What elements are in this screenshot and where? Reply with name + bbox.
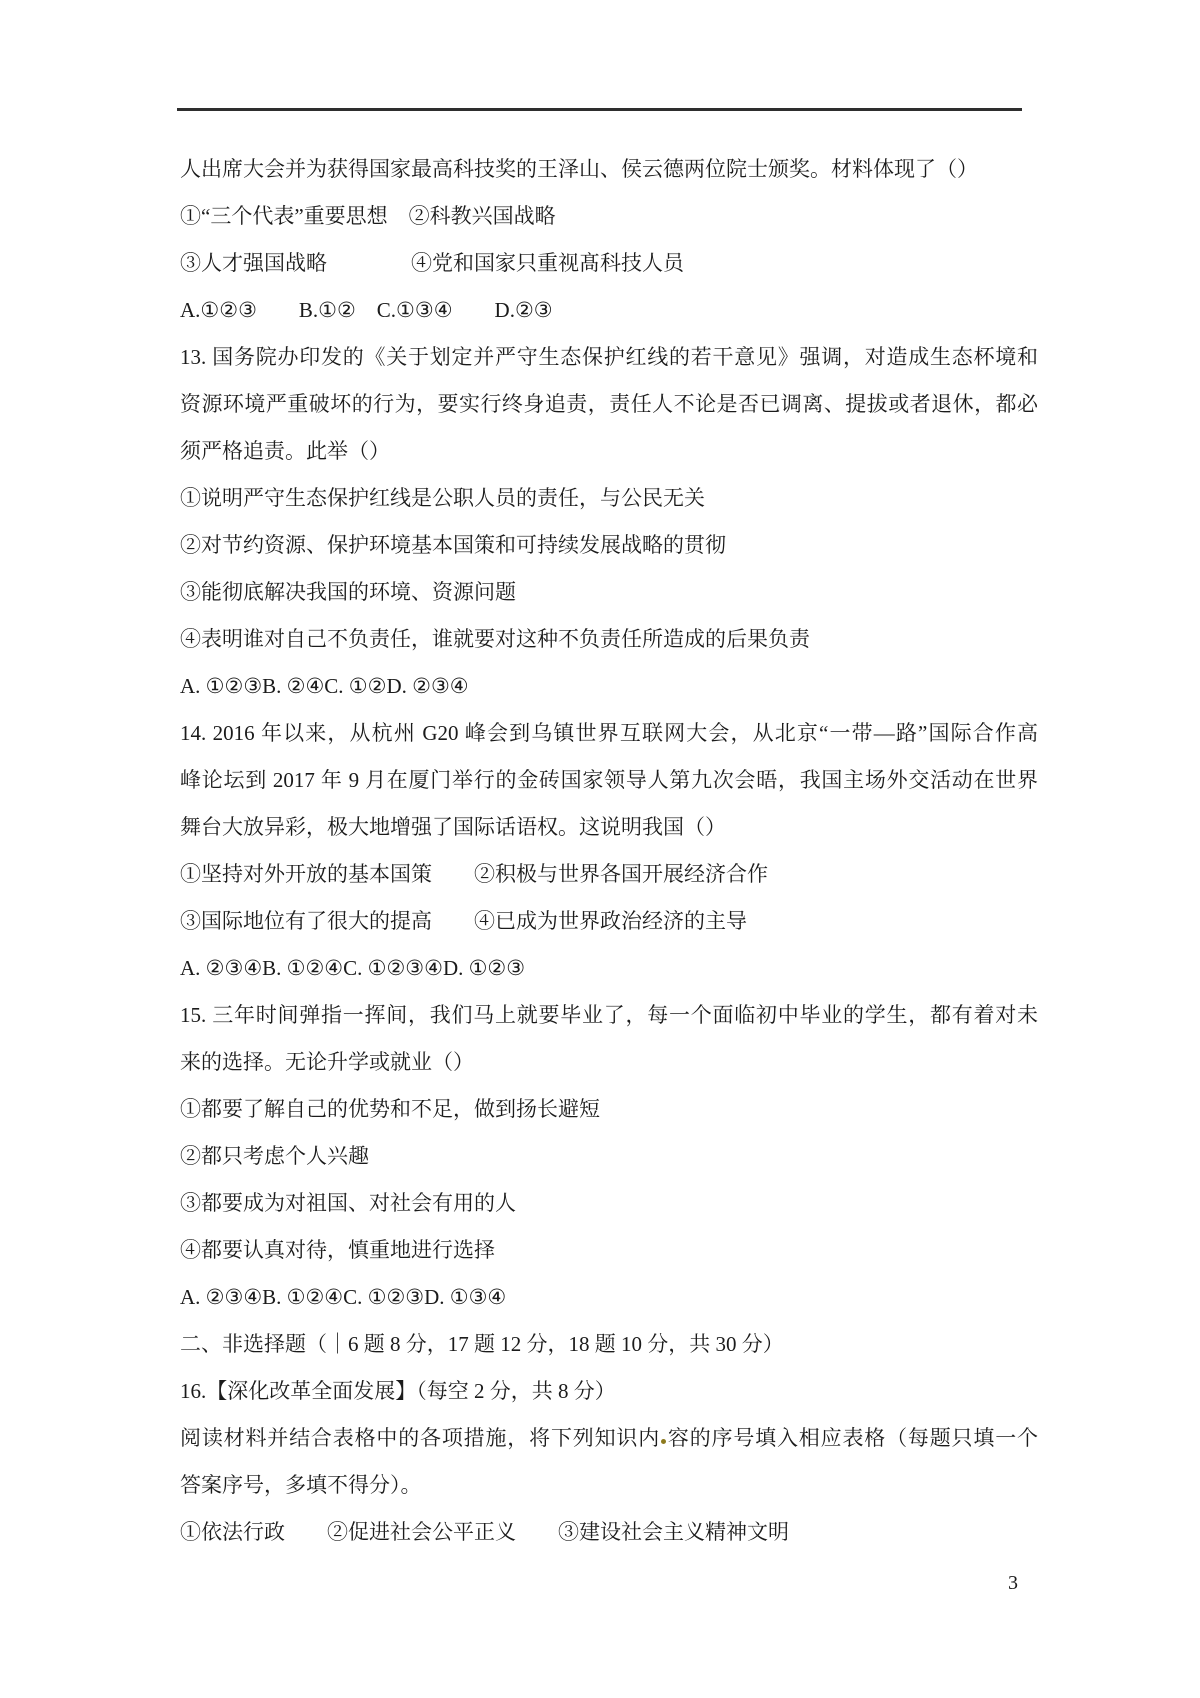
q13-answer-choices: A. ①②③B. ②④C. ①②D. ②③④ xyxy=(180,663,1038,710)
q15-stem-line-2: 来的选择。无论升学或就业（） xyxy=(180,1039,1038,1086)
q14-stem-line-2: 峰论坛到 2017 年 9 月在厦门举行的金砖国家领导人第九次会晤，我国主场外交… xyxy=(180,757,1038,804)
q13-item-2: ②对节约资源、保护环境基本国策和可持续发展战略的贯彻 xyxy=(180,522,1038,569)
q13-item-3: ③能彻底解决我国的环境、资源问题 xyxy=(180,569,1038,616)
q12-answer-choices: A.①②③ B.①② C.①③④ D.②③ xyxy=(180,287,1038,334)
q16-instruction-pre: 阅读材料并结合表格中的各项措施，将下列知识内 xyxy=(180,1426,660,1450)
q12-items-3-4: ③人才强国战略 ④党和国家只重视髙科技人员 xyxy=(180,240,1038,287)
ocr-artifact-dot xyxy=(661,1439,666,1444)
q15-item-3: ③都要成为对祖国、对社会有用的人 xyxy=(180,1180,1038,1227)
q12-stem-continuation: 人出席大会并为获得国家最高科技奖的王泽山、侯云德两位院士颁奖。材料体现了（） xyxy=(180,146,1038,193)
q15-item-1: ①都要了解自己的优势和不足，做到扬长避短 xyxy=(180,1086,1038,1133)
exam-paper-page: 人出席大会并为获得国家最高科技奖的王泽山、侯云德两位院士颁奖。材料体现了（） ①… xyxy=(0,0,1200,1698)
q12-items-1-2: ①“三个代表”重要思想 ②科教兴国战略 xyxy=(180,193,1038,240)
q14-stem-line-1: 14. 2016 年以来，从杭州 G20 峰会到乌镇世界互联网大会，从北京“一带… xyxy=(180,710,1038,757)
q15-answer-choices: A. ②③④B. ①②④C. ①②③D. ①③④ xyxy=(180,1274,1038,1321)
q15-item-4: ④都要认真对待，慎重地进行选择 xyxy=(180,1227,1038,1274)
page-number: 3 xyxy=(998,1560,1028,1607)
q13-item-4: ④表明谁对自己不负责任，谁就要对这种不负责任所造成的后果负责 xyxy=(180,616,1038,663)
q13-item-1: ①说明严守生态保护红线是公职人员的责任，与公民无关 xyxy=(180,475,1038,522)
exam-text-body: 人出席大会并为获得国家最高科技奖的王泽山、侯云德两位院士颁奖。材料体现了（） ①… xyxy=(180,146,1038,1556)
q16-instruction-line-1: 阅读材料并结合表格中的各项措施，将下列知识内容的序号填入相应表格（每题只填一个 xyxy=(180,1415,1038,1462)
q16-heading: 16.【深化改革全面发展】（每空 2 分，共 8 分） xyxy=(180,1368,1038,1415)
q14-answer-choices: A. ②③④B. ①②④C. ①②③④D. ①②③ xyxy=(180,945,1038,992)
q15-item-2: ②都只考虑个人兴趣 xyxy=(180,1133,1038,1180)
section-2-heading: 二、非选择题（｜6 题 8 分，17 题 12 分，18 题 10 分，共 30… xyxy=(180,1321,1038,1368)
q16-instruction-post: 容的序号填入相应表格（每题只填一个 xyxy=(667,1426,1038,1450)
header-rule xyxy=(177,108,1022,111)
q13-stem-line-1: 13. 国务院办印发的《关于划定并严守生态保护红线的若干意见》强调，对造成生态杯… xyxy=(180,334,1038,381)
q16-knowledge-items: ①依法行政 ②促进社会公平正义 ③建设社会主义精神文明 xyxy=(180,1509,1038,1556)
q13-stem-line-3: 须严格追责。此举（） xyxy=(180,428,1038,475)
q14-items-1-2: ①坚持对外开放的基本国策 ②积极与世界各国开展经济合作 xyxy=(180,851,1038,898)
q14-items-3-4: ③国际地位有了很大的提高 ④已成为世界政治经济的主导 xyxy=(180,898,1038,945)
q15-stem-line-1: 15. 三年时间弹指一挥间，我们马上就要毕业了，每一个面临初中毕业的学生，都有着… xyxy=(180,992,1038,1039)
q14-stem-line-3: 舞台大放异彩，极大地增强了国际话语权。这说明我国（） xyxy=(180,804,1038,851)
q16-instruction-line-2: 答案序号，多填不得分）。 xyxy=(180,1462,1038,1509)
q13-stem-line-2: 资源环境严重破坏的行为，要实行终身追责，责任人不论是否已调离、提拔或者退休，都必 xyxy=(180,381,1038,428)
